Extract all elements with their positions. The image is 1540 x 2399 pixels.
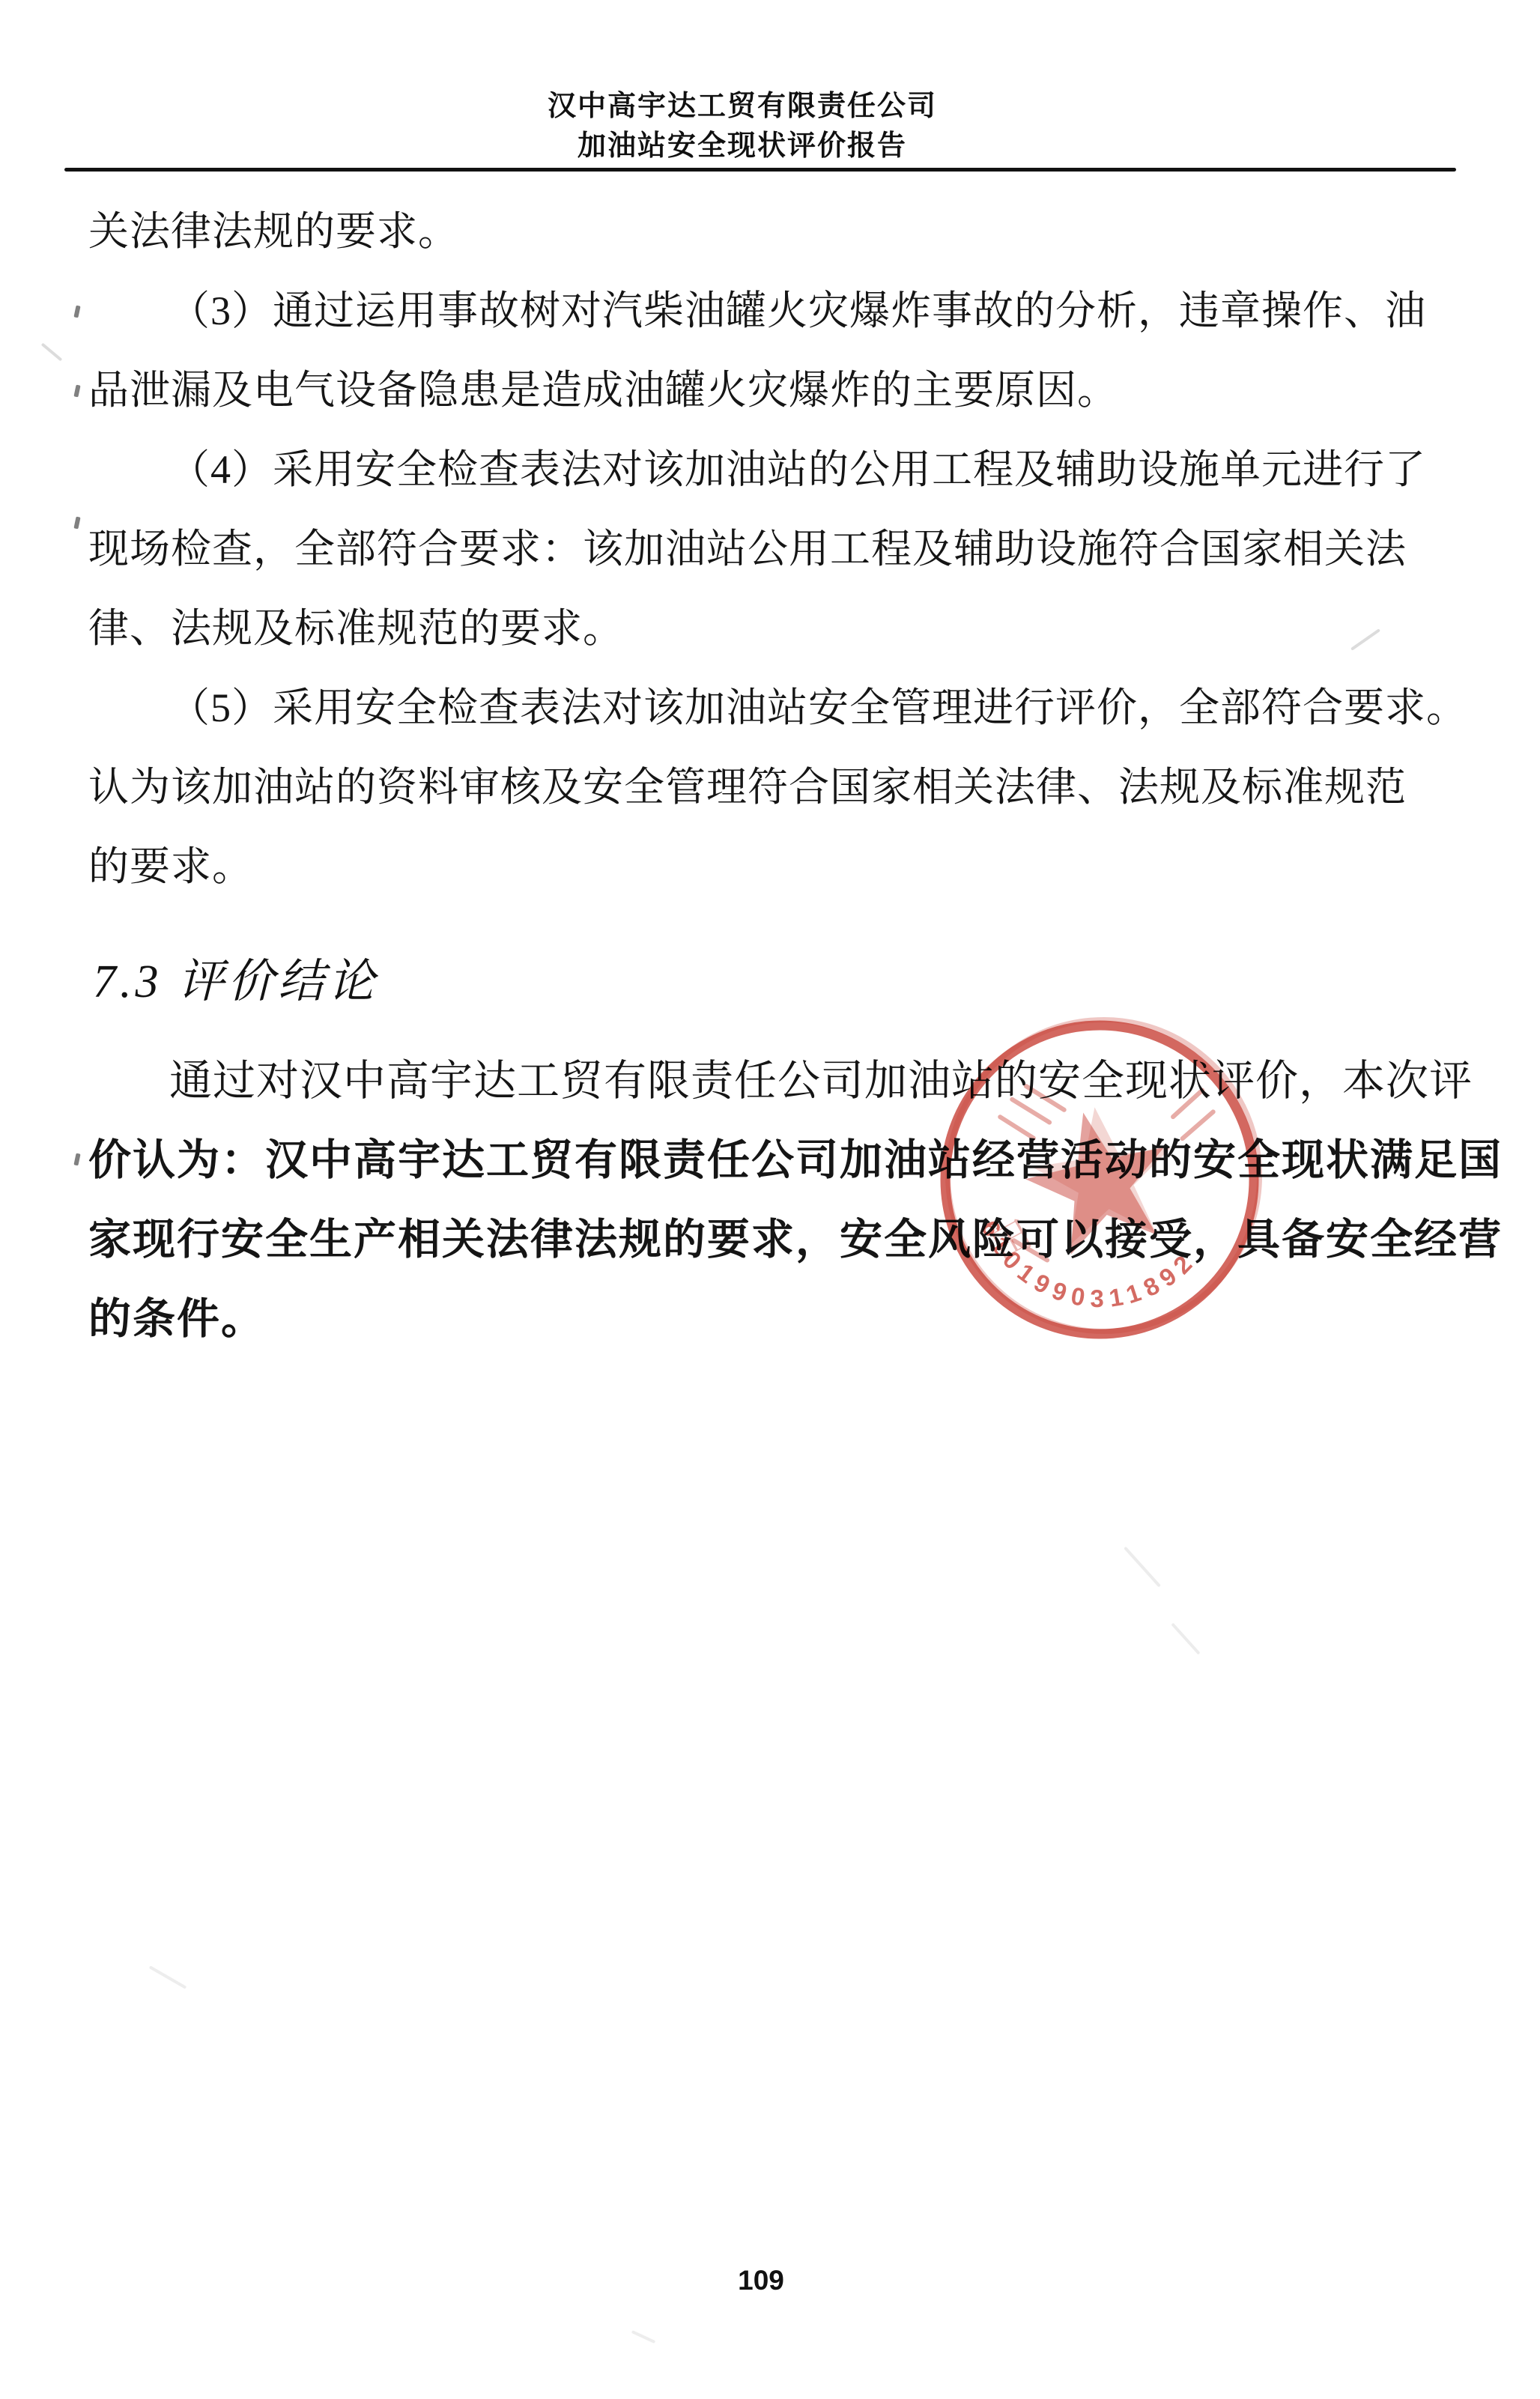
scan-artifact <box>1124 1547 1161 1588</box>
red-seal-stamp: 价技术 6101990311892 田 <box>917 997 1282 1362</box>
body-line: 认为该加油站的资料审核及安全管理符合国家相关法律、法规及标准规范 <box>88 747 1455 827</box>
ink-speck <box>73 306 80 318</box>
body-line: （4）采用安全检查表法对该加油站的公用工程及辅助设施单元进行了 <box>88 430 1455 509</box>
body-line: 品泄漏及电气设备隐患是造成油罐火灾爆炸的主要原因。 <box>88 351 1455 430</box>
page-number: 109 <box>0 2265 1522 2296</box>
scan-artifact <box>1171 1623 1200 1655</box>
scan-artifact <box>41 343 63 362</box>
body-line: 关法律法规的要求。 <box>88 192 1455 271</box>
body-line: （3）通过运用事故树对汽柴油罐火灾爆炸事故的分析，违章操作、油 <box>88 271 1455 351</box>
scan-artifact <box>631 2330 656 2344</box>
ink-speck <box>73 517 80 530</box>
body-line: （5）采用安全检查表法对该加油站安全管理进行评价，全部符合要求。 <box>88 668 1455 747</box>
body-paragraphs: 关法律法规的要求。 （3）通过运用事故树对汽柴油罐火灾爆炸事故的分析，违章操作、… <box>88 192 1455 906</box>
document-page: 汉中高宇达工贸有限责任公司 加油站安全现状评价报告 关法律法规的要求。 （3）通… <box>0 0 1540 2399</box>
ink-speck <box>73 1153 80 1166</box>
body-line: 律、法规及标准规范的要求。 <box>88 589 1455 668</box>
header-company-title: 汉中高宇达工贸有限责任公司 <box>0 87 1485 127</box>
section-heading-7-3: 7.3 评价结论 <box>93 944 378 1010</box>
body-line: 的要求。 <box>88 827 1455 906</box>
body-line: 现场检查，全部符合要求：该加油站公用工程及辅助设施符合国家相关法 <box>88 509 1455 589</box>
header-report-subtitle: 加油站安全现状评价报告 <box>0 127 1485 166</box>
report-header: 汉中高宇达工贸有限责任公司 加油站安全现状评价报告 <box>0 87 1485 166</box>
scan-artifact <box>149 1965 187 1989</box>
header-divider-rule <box>64 168 1456 172</box>
ink-speck <box>73 385 80 398</box>
